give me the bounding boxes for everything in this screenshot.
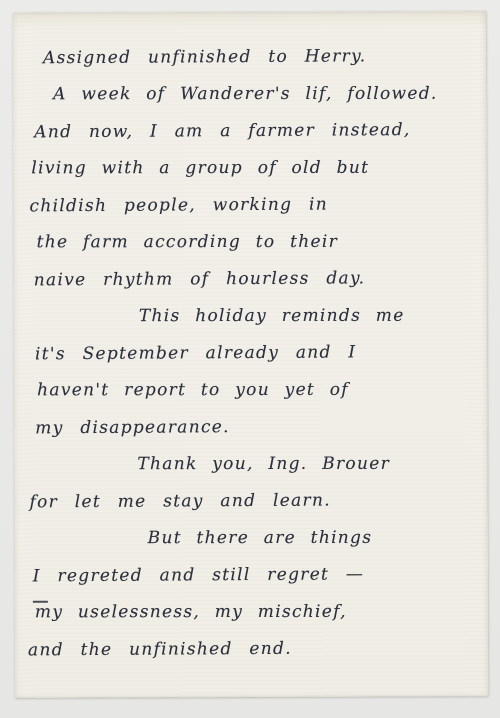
letter-line: This holiday reminds me <box>14 298 487 336</box>
letter-line: But there are things <box>15 520 488 558</box>
letter-line: my uselessness, my mischief, <box>15 594 488 632</box>
letter-line: haven't report to you yet of <box>14 372 487 410</box>
letter-line: A week of Wanderer's lif, followed. <box>13 76 486 114</box>
photo-background: Assigned unfinished to Herry. A week of … <box>0 0 500 718</box>
letter-line: for let me stay and learn. <box>14 482 487 522</box>
letter-line: Assigned unfinished to Herry. <box>13 38 486 78</box>
letter-line: Thank you, Ing. Brouer <box>14 446 487 484</box>
letter-line: my disappearance. <box>14 408 487 448</box>
letter-line: naive rhythm of hourless day. <box>14 260 487 300</box>
letter-body: Assigned unfinished to Herry. A week of … <box>13 11 488 698</box>
letter-line: it's September already and I <box>14 334 487 374</box>
letter-line: And now, I am a farmer instead, <box>13 112 486 152</box>
letter-line: living with a group of old but <box>13 150 486 188</box>
letter-line: and the unfinished end. <box>15 630 488 670</box>
letter-line: the farm according to their <box>14 224 487 262</box>
underline-stroke <box>33 601 48 603</box>
letter-line: childish people, working in <box>13 186 486 226</box>
letter-paper: Assigned unfinished to Herry. A week of … <box>13 11 488 698</box>
letter-line: I regreted and still regret — <box>15 556 488 596</box>
